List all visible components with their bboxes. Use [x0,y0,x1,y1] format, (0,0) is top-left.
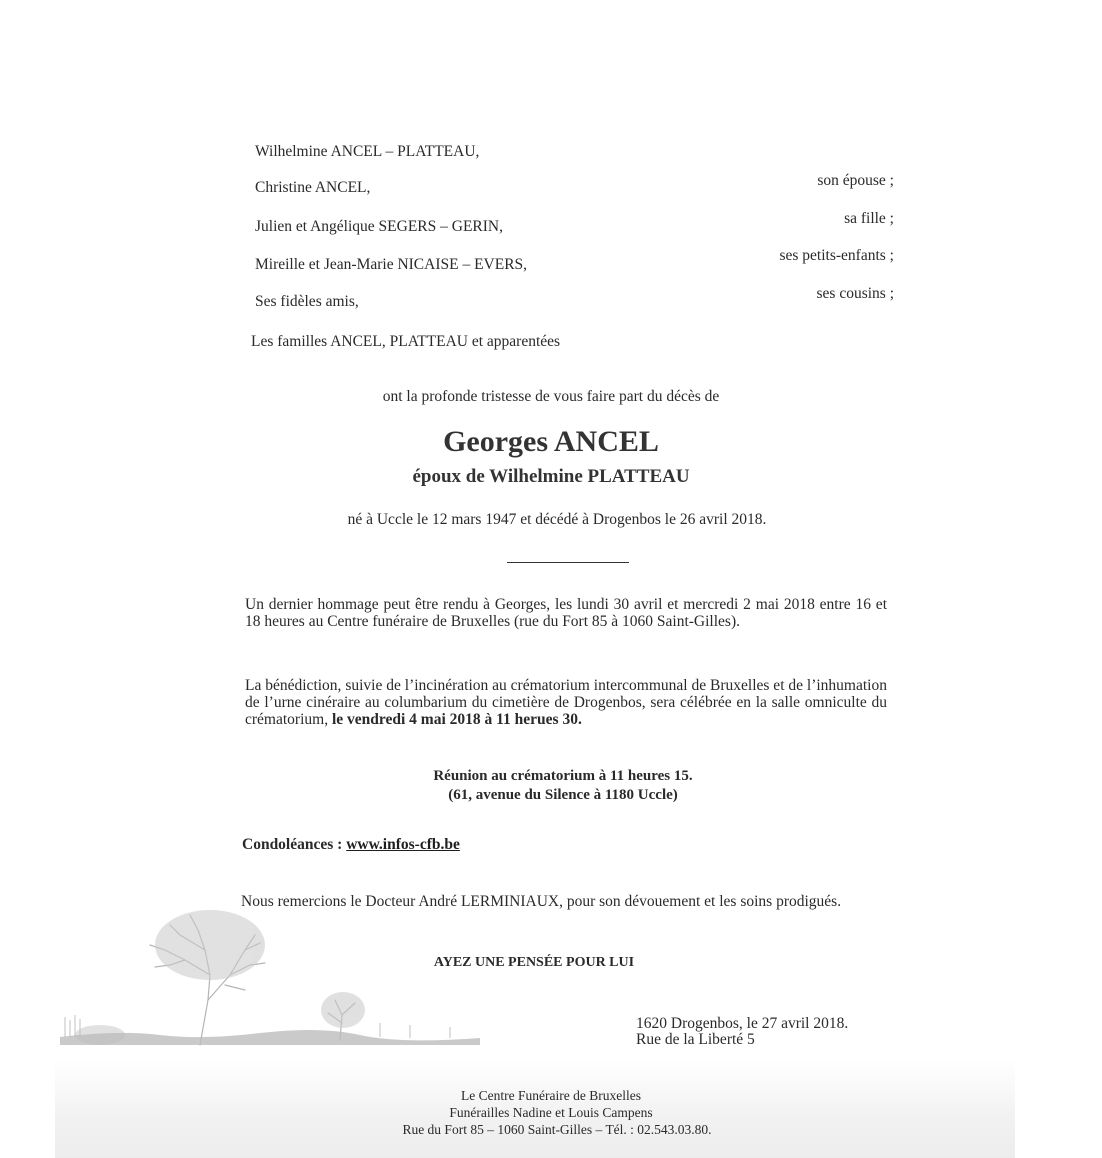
condolences-line: Condoléances : www.infos-cfb.be [242,836,460,854]
relation-cousins: ses cousins ; [817,285,895,303]
meeting-address: (61, avenue du Silence à 1180 Uccle) [12,787,1102,804]
relation-spouse: son épouse ; [817,172,894,190]
family-member-spouse: Wilhelmine ANCEL – PLATTEAU, [255,143,479,161]
deceased-dates: né à Uccle le 12 mars 1947 et décédé à D… [6,511,1102,529]
ceremony-paragraph: La bénédiction, suivie de l’incinération… [245,677,887,728]
family-member-grandchildren: Julien et Angélique SEGERS – GERIN, [255,218,503,236]
footer-funeral-home: Funérailles Nadine et Louis Campens [0,1105,1102,1121]
closing-text: AYEZ UNE PENSÉE POUR LUI [0,955,1085,971]
condolences-label: Condoléances : [242,836,346,853]
ceremony-datetime: le vendredi 4 mai 2018 à 11 herues 30. [332,711,582,728]
landscape-tree-illustration [60,905,480,1055]
relation-daughter: sa fille ; [844,210,894,228]
family-member-cousins: Mireille et Jean-Marie NICAISE – EVERS, [255,256,527,274]
footer-company: Le Centre Funéraire de Bruxelles [0,1088,1102,1104]
family-friends: Ses fidèles amis, [255,293,359,311]
deceased-name: Georges ANCEL [0,425,1102,459]
section-divider [507,562,629,563]
family-relatives: Les familles ANCEL, PLATTEAU et apparent… [251,333,560,351]
footer-contact: Rue du Fort 85 – 1060 Saint-Gilles – Tél… [6,1122,1102,1138]
tribute-paragraph: Un dernier hommage peut être rendu à Geo… [245,596,887,630]
deceased-spouse: époux de Wilhelmine PLATTEAU [0,466,1102,488]
family-member-daughter: Christine ANCEL, [255,179,370,197]
place-address: Rue de la Liberté 5 [636,1031,755,1049]
relation-grandchildren: ses petits-enfants ; [779,247,894,265]
meeting-time: Réunion au crématorium à 11 heures 15. [12,768,1102,785]
condolences-link[interactable]: www.infos-cfb.be [346,836,460,853]
announcement-text: ont la profonde tristesse de vous faire … [0,388,1102,406]
